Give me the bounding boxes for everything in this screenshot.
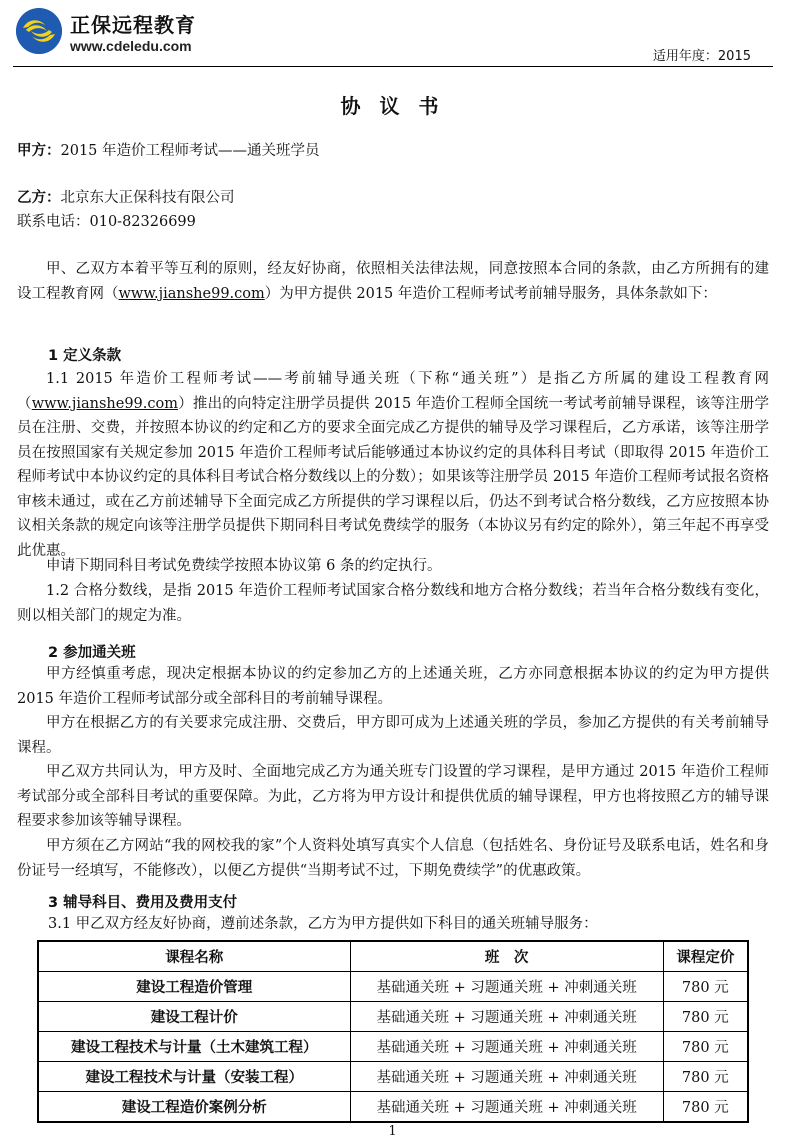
table-row: 建设工程技术与计量（土木建筑工程） 基础通关班 + 习题通关班 + 冲刺通关班 … bbox=[38, 1032, 748, 1062]
column-header-price: 课程定价 bbox=[663, 941, 748, 972]
course-class: 基础通关班 + 习题通关班 + 冲刺通关班 bbox=[350, 1032, 663, 1062]
header-divider bbox=[13, 66, 773, 67]
phone-value: 010-82326699 bbox=[90, 214, 196, 230]
course-price: 780 元 bbox=[663, 1032, 748, 1062]
column-header-course-name: 课程名称 bbox=[38, 941, 350, 972]
course-price: 780 元 bbox=[663, 972, 748, 1002]
course-name: 建设工程技术与计量（土木建筑工程） bbox=[38, 1032, 350, 1062]
table-row: 建设工程技术与计量（安装工程） 基础通关班 + 习题通关班 + 冲刺通关班 78… bbox=[38, 1062, 748, 1092]
jianshe99-link-2[interactable]: www.jianshe99.com bbox=[32, 396, 178, 412]
course-class: 基础通关班 + 习题通关班 + 冲刺通关班 bbox=[350, 1062, 663, 1092]
section-1-paragraph-1: 1.1 2015 年造价工程师考试——考前辅导通关班（下称“通关班”）是指乙方所… bbox=[17, 367, 769, 563]
course-class: 基础通关班 + 习题通关班 + 冲刺通关班 bbox=[350, 1002, 663, 1032]
section-1-paragraph-2: 申请下期同科目考试免费续学按照本协议第 6 条的约定执行。 bbox=[17, 554, 769, 579]
table-row: 建设工程造价案例分析 基础通关班 + 习题通关班 + 冲刺通关班 780 元 bbox=[38, 1092, 748, 1123]
course-fee-table: 课程名称 班 次 课程定价 建设工程造价管理 基础通关班 + 习题通关班 + 冲… bbox=[37, 940, 749, 1123]
jianshe99-link[interactable]: www.jianshe99.com bbox=[119, 286, 265, 302]
section-1-text-end: ）推出的向特定注册学员提供 2015 年造价工程师全国统一考试考前辅导课程，该等… bbox=[17, 396, 769, 559]
applicable-year: 适用年度：2015 bbox=[653, 45, 751, 64]
intro-paragraph: 甲、乙双方本着平等互利的原则，经友好协商，依照相关法律法规，同意按照本合同的条款… bbox=[17, 257, 769, 306]
party-b-label: 乙方： bbox=[17, 190, 61, 206]
course-name: 建设工程技术与计量（安装工程） bbox=[38, 1062, 350, 1092]
course-price: 780 元 bbox=[663, 1002, 748, 1032]
party-a-label: 甲方： bbox=[17, 143, 61, 159]
section-2-paragraph-1: 甲方经慎重考虑，现决定根据本协议的约定参加乙方的上述通关班，乙方亦同意根据本协议… bbox=[17, 662, 769, 711]
party-a: 甲方：2015 年造价工程师考试——通关班学员 bbox=[17, 140, 320, 162]
section-1-paragraph-3: 1.2 合格分数线，是指 2015 年造价工程师考试国家合格分数线和地方合格分数… bbox=[17, 579, 769, 628]
applicable-year-value: 2015 bbox=[718, 49, 751, 64]
brand-logo-icon bbox=[16, 8, 62, 54]
party-b-value: 北京东大正保科技有限公司 bbox=[61, 190, 235, 206]
contact-phone: 联系电话：010-82326699 bbox=[17, 211, 196, 233]
course-class: 基础通关班 + 习题通关班 + 冲刺通关班 bbox=[350, 1092, 663, 1123]
swoosh-icon bbox=[16, 8, 62, 54]
course-price: 780 元 bbox=[663, 1092, 748, 1123]
course-name: 建设工程造价管理 bbox=[38, 972, 350, 1002]
section-2-paragraph-4: 甲方须在乙方网站“我的网校我的家”个人资料处填写真实个人信息（包括姓名、身份证号… bbox=[17, 834, 769, 883]
course-price: 780 元 bbox=[663, 1062, 748, 1092]
phone-label: 联系电话： bbox=[17, 214, 90, 230]
section-3-paragraph-1: 3.1 甲乙双方经友好协商，遵前述条款，乙方为甲方提供如下科目的通关班辅导服务： bbox=[48, 913, 598, 935]
document-title: 协 议 书 bbox=[0, 90, 785, 119]
page-header: 正保远程教育 www.cdeledu.com 适用年度：2015 bbox=[0, 0, 785, 70]
section-2-paragraph-3: 甲乙双方共同认为，甲方及时、全面地完成乙方为通关班专门设置的学习课程，是甲方通过… bbox=[17, 760, 769, 834]
party-b: 乙方：北京东大正保科技有限公司 bbox=[17, 187, 235, 209]
applicable-year-label: 适用年度： bbox=[653, 49, 718, 64]
course-name: 建设工程造价案例分析 bbox=[38, 1092, 350, 1123]
brand-name: 正保远程教育 bbox=[70, 9, 196, 38]
table-row: 建设工程计价 基础通关班 + 习题通关班 + 冲刺通关班 780 元 bbox=[38, 1002, 748, 1032]
course-class: 基础通关班 + 习题通关班 + 冲刺通关班 bbox=[350, 972, 663, 1002]
table-header-row: 课程名称 班 次 课程定价 bbox=[38, 941, 748, 972]
section-3-heading: 3 辅导科目、费用及费用支付 bbox=[48, 891, 237, 912]
column-header-class: 班 次 bbox=[350, 941, 663, 972]
section-2-paragraph-2: 甲方在根据乙方的有关要求完成注册、交费后，甲方即可成为上述通关班的学员，参加乙方… bbox=[17, 711, 769, 760]
party-a-value: 2015 年造价工程师考试——通关班学员 bbox=[61, 143, 320, 159]
brand-url: www.cdeledu.com bbox=[70, 38, 192, 54]
section-2-heading: 2 参加通关班 bbox=[48, 641, 136, 662]
table-row: 建设工程造价管理 基础通关班 + 习题通关班 + 冲刺通关班 780 元 bbox=[38, 972, 748, 1002]
intro-text-end: ）为甲方提供 2015 年造价工程师考试考前辅导服务，具体条款如下： bbox=[265, 286, 717, 302]
section-1-heading: 1 定义条款 bbox=[48, 344, 121, 365]
page-number: 1 bbox=[0, 1124, 785, 1139]
course-name: 建设工程计价 bbox=[38, 1002, 350, 1032]
